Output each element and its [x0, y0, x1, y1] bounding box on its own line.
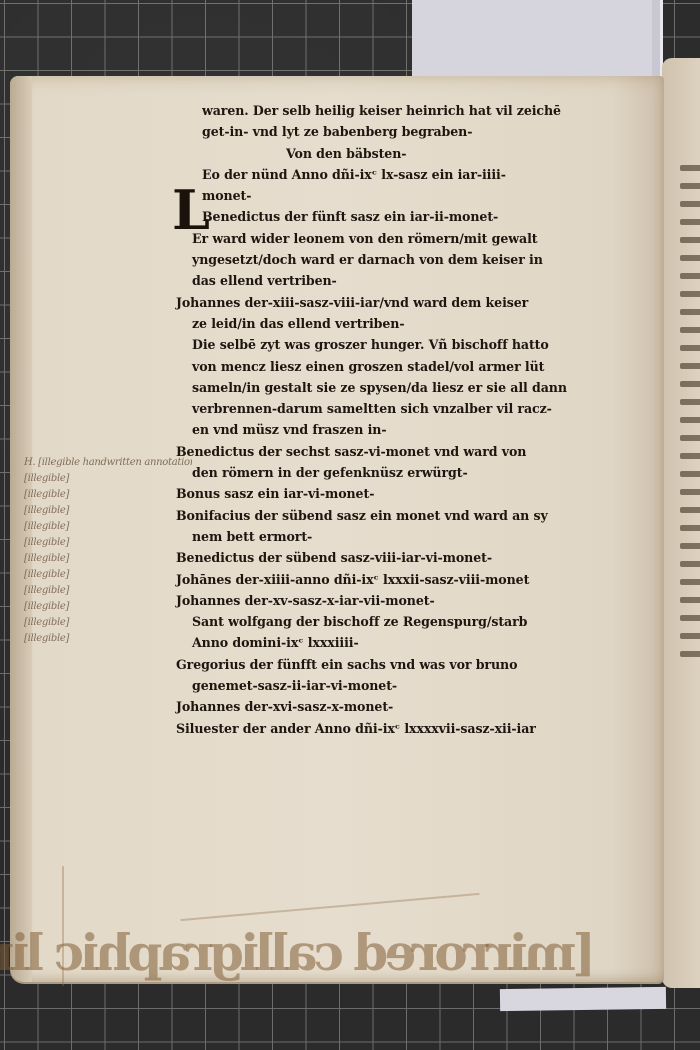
handwritten-line: [illegible]	[24, 615, 192, 631]
text-line: Benedictus der sechst sasz-vi-monet vnd …	[176, 441, 576, 462]
text-line: Johannes der-xvi-sasz-x-monet-	[176, 696, 576, 717]
handwritten-line: [illegible]	[24, 503, 192, 519]
handwritten-line: [illegible]	[24, 487, 192, 503]
text-line: Anno domini-ixᶜ lxxxiiii-	[176, 632, 576, 653]
text-line: Gregorius der fünfft ein sachs vnd was v…	[176, 654, 576, 675]
text-line: den römern in der gefenknüsz erwürgt-	[176, 462, 576, 483]
decorated-initial: L	[172, 183, 210, 237]
handwritten-line: [illegible]	[24, 535, 192, 551]
text-line: von mencz liesz einen groszen stadel/vol…	[176, 356, 576, 377]
text-line: das ellend vertriben-	[176, 270, 576, 291]
text-line: nem bett ermort-	[176, 526, 576, 547]
text-line: Er ward wider leonem von den römern/mit …	[176, 228, 576, 249]
text-line: Die selbē zyt was groszer hunger. Vñ bis…	[176, 334, 576, 355]
handwritten-line: [illegible]	[24, 567, 192, 583]
text-line: Bonus sasz ein iar-vi-monet-	[176, 483, 576, 504]
handwritten-margin-notes: H. [illegible handwritten annotation] [i…	[24, 455, 192, 647]
text-line: verbrennen-darum sameltten sich vnzalber…	[176, 398, 576, 419]
facing-page-edge	[662, 58, 700, 988]
text-line: Johannes der-xiii-sasz-viii-iar/vnd ward…	[176, 292, 576, 313]
handwritten-line: [illegible]	[24, 551, 192, 567]
paper-slip-bottom	[500, 987, 666, 1011]
text-line: genemet-sasz-ii-iar-vi-monet-	[176, 675, 576, 696]
handwritten-line: [illegible]	[24, 583, 192, 599]
text-line: Siluester der ander Anno dñi-ixᶜ lxxxxvi…	[176, 718, 576, 739]
printed-text-block: L waren. Der selb heilig keiser heinrich…	[176, 100, 576, 739]
text-line: yngesetzt/doch ward er darnach von dem k…	[176, 249, 576, 270]
text-line: Johannes der-xv-sasz-x-iar-vii-monet-	[176, 590, 576, 611]
text-line: waren. Der selb heilig keiser heinrich h…	[176, 100, 576, 121]
text-line: ze leid/in das ellend vertriben-	[176, 313, 576, 334]
text-line: Bonifacius der sübend sasz ein monet vnd…	[176, 505, 576, 526]
text-line: Benedictus der sübend sasz-viii-iar-vi-m…	[176, 547, 576, 568]
bleed-through-text: [mirrored calligraphic line, illegible]	[36, 918, 596, 988]
text-line: get-in- vnd lyt ze babenberg begraben-	[176, 121, 576, 142]
text-line: monet-	[176, 185, 576, 206]
facing-page-text	[680, 153, 700, 669]
text-line: sameln/in gestalt sie ze spysen/da liesz…	[176, 377, 576, 398]
text-line: Benedictus der fünft sasz ein iar-ii-mon…	[176, 206, 576, 227]
text-line: Sant wolfgang der bischoff ze Regenspurg…	[176, 611, 576, 632]
handwritten-line: [illegible]	[24, 519, 192, 535]
section-heading: Von den bäbsten-	[176, 143, 576, 164]
handwritten-line: [illegible]	[24, 631, 192, 647]
text-line: en vnd müsz vnd fraszen in-	[176, 419, 576, 440]
handwritten-line: [illegible]	[24, 471, 192, 487]
bleed-through-stroke	[180, 893, 479, 921]
text-line: Johānes der-xiiii-anno dñi-ixᶜ lxxxii-sa…	[176, 569, 576, 590]
text-line: Eo der nünd Anno dñi-ixᶜ lx-sasz ein iar…	[176, 164, 576, 185]
handwritten-line: H. [illegible handwritten annotation]	[24, 455, 192, 471]
handwritten-line: [illegible]	[24, 599, 192, 615]
